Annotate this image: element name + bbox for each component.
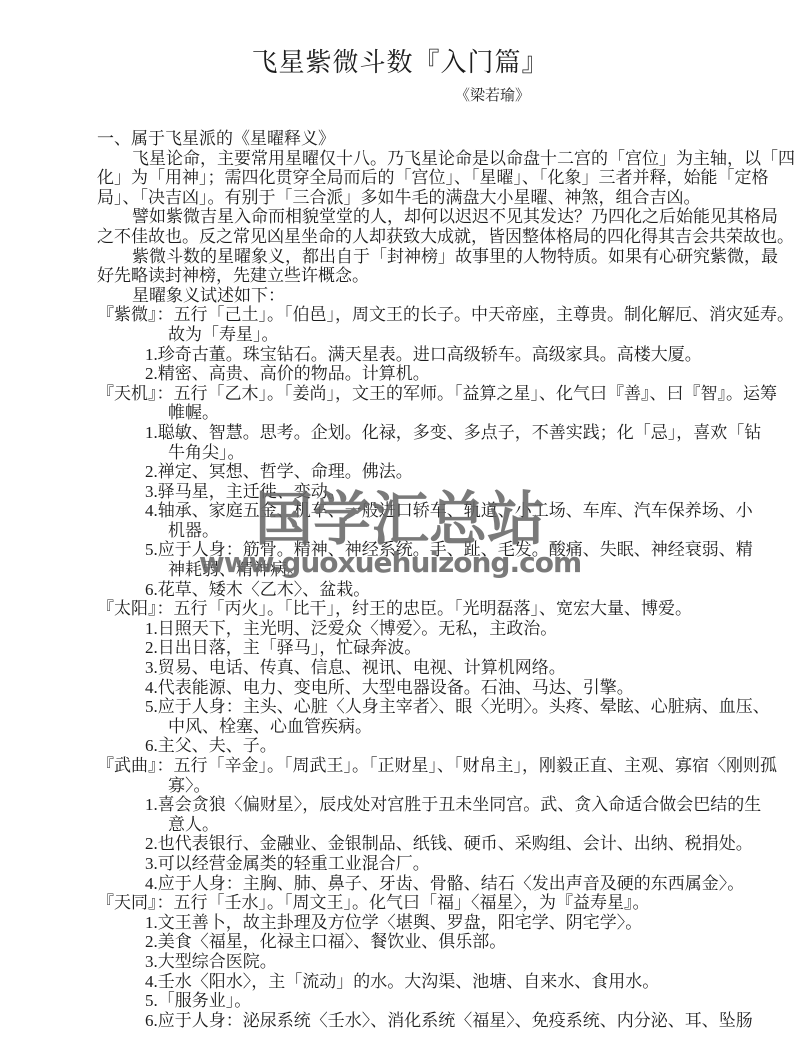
- text-line: 譬如紫微吉星入命而相貌堂堂的人，却何以迟迟不见其发达？乃四化之后始能见其格局: [97, 207, 713, 227]
- text-line: 『紫微』：五行「己土」。「伯邑」，周文王的长子。中天帝座，主尊贵。制化解厄、消灾…: [97, 305, 713, 325]
- text-line: 1.日照天下，主光明、泛爱众〈博爱〉。无私，主政治。: [97, 619, 713, 639]
- text-line: 3.可以经营金属类的轻重工业混合厂。: [97, 854, 713, 874]
- text-line: 4.代表能源、电力、变电所、大型电器设备。石油、马达、引擎。: [97, 678, 713, 698]
- text-line: 紫微斗数的星曜象义，都出自于「封神榜」故事里的人物特质。如果有心研究紫微，最: [97, 247, 713, 267]
- text-line: 『太阳』：五行「丙火」。「比干」，纣王的忠臣。「光明磊落」、宽宏大量、博爱。: [97, 599, 713, 619]
- document-body: 一、属于飞星派的《星曜释义》飞星论命，主要常用星曜仅十八。乃飞星论命是以命盘十二…: [97, 129, 713, 1030]
- text-line: 『天机』：五行「乙木」。「姜尚」，文王的军师。「益算之星」、化气曰『善』、曰『智…: [97, 384, 713, 404]
- text-line: 6.花草、矮木〈乙木〉、盆栽。: [97, 580, 713, 600]
- text-line: 之不佳故也。反之常见凶星坐命的人却获致大成就，皆因整体格局的四化得其吉会共荣故也…: [97, 227, 713, 247]
- text-line: 1.文王善卜，故主卦理及方位学〈堪舆、罗盘，阳宅学、阴宅学〉。: [97, 913, 713, 933]
- text-line: 2.美食〈福星，化禄主口福〉、餐饮业、俱乐部。: [97, 932, 713, 952]
- document-page: 飞星紫微斗数『入门篇』 《梁若瑜》 一、属于飞星派的《星曜释义》飞星论命，主要常…: [0, 0, 800, 1064]
- document-author: 《梁若瑜》: [455, 84, 530, 105]
- document-title: 飞星紫微斗数『入门篇』: [0, 42, 800, 79]
- text-line: 帷幄。: [97, 403, 713, 423]
- text-line: 4.轴承、家庭五金、机车、一般进口轿车、轨道、小工场、车库、汽车保养场、小: [97, 501, 713, 521]
- text-line: 4.壬水〈阳水〉，主「流动」的水。大沟渠、池塘、自来水、食用水。: [97, 972, 713, 992]
- text-line: 星曜象义试述如下：: [97, 286, 713, 306]
- text-line: 一、属于飞星派的《星曜释义》: [97, 129, 713, 149]
- text-line: 『武曲』：五行「辛金」。「周武王」。「正财星」、「财帛主」，刚毅正直、主观、寡宿…: [97, 756, 713, 776]
- text-line: 5.应于人身：筋骨。精神、神经系统。手、趾、毛发。酸痛、失眠、神经衰弱、精: [97, 540, 713, 560]
- text-line: 化」为「用神」；需四化贯穿全局而后的「宫位」、「星曜」、「化象」三者并释，始能「…: [97, 168, 713, 188]
- text-line: 3.贸易、电话、传真、信息、视讯、电视、计算机网络。: [97, 658, 713, 678]
- text-line: 机器。: [97, 521, 713, 541]
- text-line: 1.喜会贪狼〈偏财星〉，辰戌处对宫胜于丑未坐同宫。武、贪入命适合做会巴结的生: [97, 795, 713, 815]
- text-line: 2.也代表银行、金融业、金银制品、纸钱、硬币、采购组、会计、出纳、税捐处。: [97, 834, 713, 854]
- text-line: 牛角尖」。: [97, 443, 713, 463]
- text-line: 5.应于人身：主头、心脏〈人身主宰者〉、眼〈光明〉。头疼、晕眩、心脏病、血压、: [97, 697, 713, 717]
- text-line: 寡〉。: [97, 776, 713, 796]
- text-line: 3.大型综合医院。: [97, 952, 713, 972]
- text-line: 2.禅定、冥想、哲学、命理。佛法。: [97, 462, 713, 482]
- text-line: 6.主父、夫、子。: [97, 736, 713, 756]
- text-line: 中风、栓塞、心血管疾病。: [97, 717, 713, 737]
- text-line: 好先略读封神榜，先建立些许概念。: [97, 266, 713, 286]
- text-line: 意人。: [97, 815, 713, 835]
- text-line: 1.聪敏、智慧。思考。企划。化禄，多变、多点子，不善实践；化「忌」，喜欢「钻: [97, 423, 713, 443]
- text-line: 4.应于人身：主胸、肺、鼻子、牙齿、骨骼、结石〈发出声音及硬的东西属金〉。: [97, 874, 713, 894]
- text-line: 神耗弱、精神病。: [97, 560, 713, 580]
- text-line: 『天同』：五行「壬水」。「周文王」。化气曰「福」〈福星〉，为『益寿星』。: [97, 893, 713, 913]
- text-line: 飞星论命，主要常用星曜仅十八。乃飞星论命是以命盘十二宫的「宫位」为主轴，以「四: [97, 149, 713, 169]
- text-line: 局」、「决吉凶」。有别于「三合派」多如牛毛的满盘大小星曜、神煞，组合吉凶。: [97, 188, 713, 208]
- text-line: 故为「寿星」。: [97, 325, 713, 345]
- text-line: 5.「服务业」。: [97, 991, 713, 1011]
- text-line: 2.日出日落，主「驿马」，忙碌奔波。: [97, 638, 713, 658]
- text-line: 3.驿马星，主迁徙、变动。: [97, 482, 713, 502]
- text-line: 1.珍奇古董。珠宝钻石。满天星表。进口高级轿车。高级家具。高楼大厦。: [97, 345, 713, 365]
- text-line: 6.应于人身：泌尿系统〈壬水〉、消化系统〈福星〉、免疫系统、内分泌、耳、坠肠: [97, 1011, 713, 1031]
- text-line: 2.精密、高贵、高价的物品。计算机。: [97, 364, 713, 384]
